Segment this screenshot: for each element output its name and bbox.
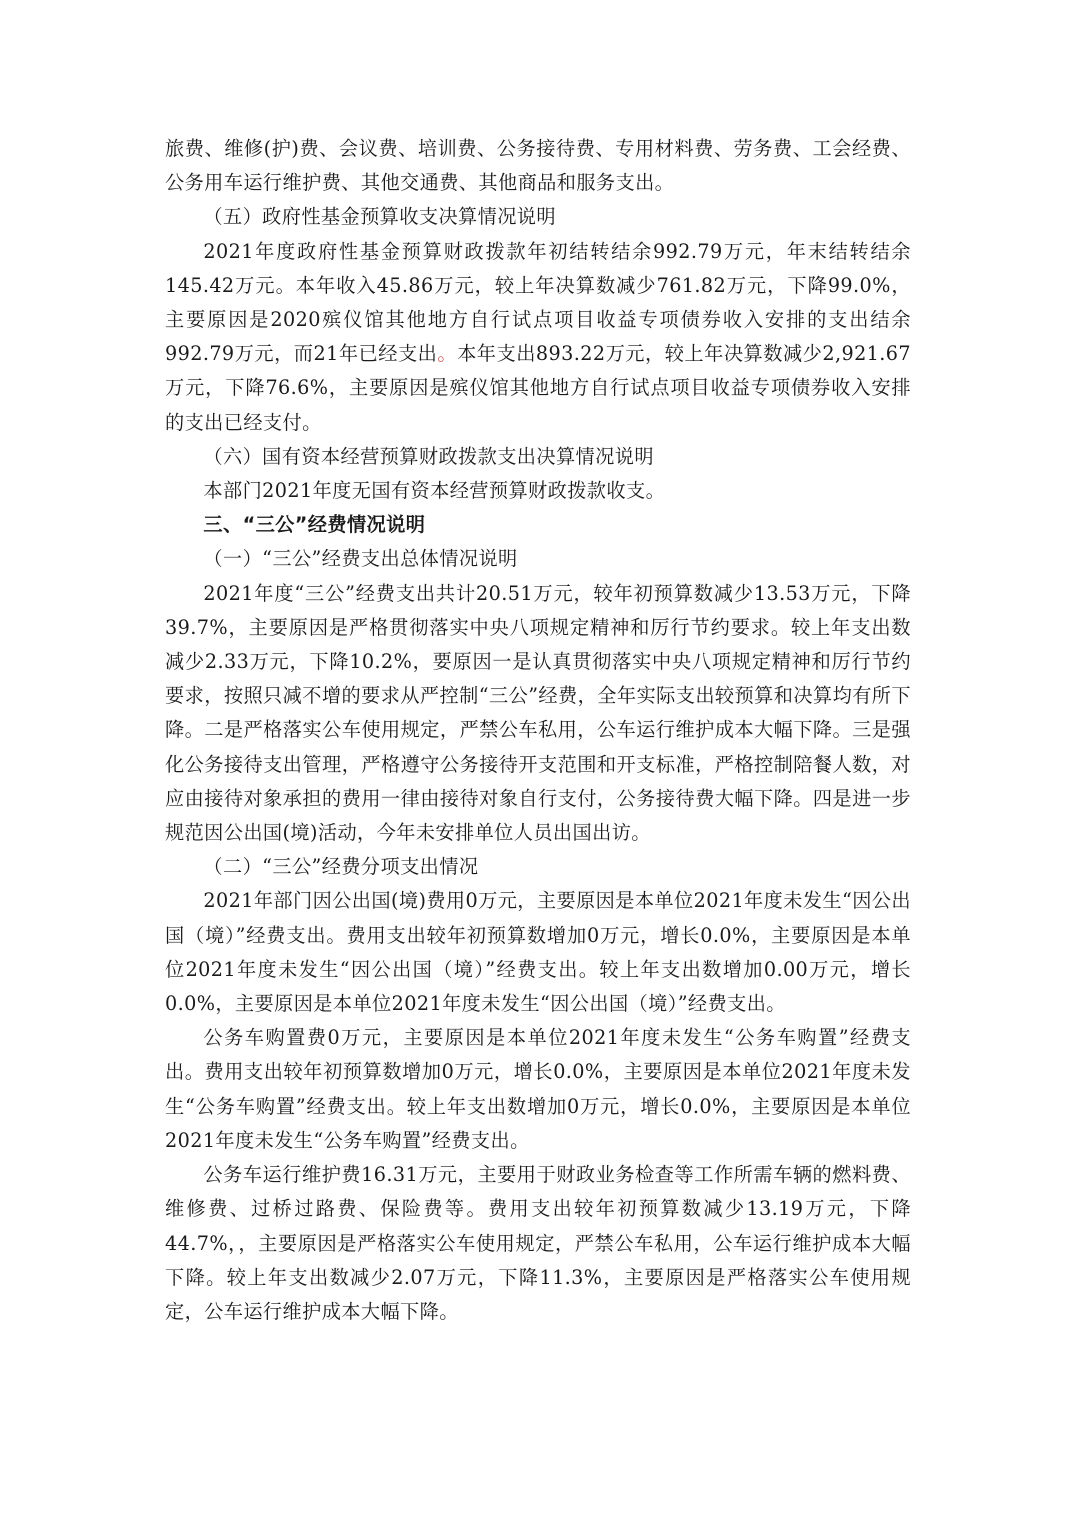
paragraph-expense-items: 旅费、维修(护)费、会议费、培训费、公务接待费、专用材料费、劳务费、工会经费、公… bbox=[165, 132, 911, 200]
heading-three-public-items: （二）“三公”经费分项支出情况 bbox=[165, 850, 911, 884]
heading-three-public-overall: （一）“三公”经费支出总体情况说明 bbox=[165, 542, 911, 576]
document-page: 旅费、维修(护)费、会议费、培训费、公务接待费、专用材料费、劳务费、工会经费、公… bbox=[165, 132, 911, 1329]
paragraph-state-capital: 本部门2021年度无国有资本经营预算财政拨款收支。 bbox=[165, 474, 911, 508]
paragraph-vehicle-maintenance: 公务车运行维护费16.31万元，主要用于财政业务检查等工作所需车辆的燃料费、维修… bbox=[165, 1158, 911, 1329]
heading-state-capital: （六）国有资本经营预算财政拨款支出决算情况说明 bbox=[165, 440, 911, 474]
heading-three-public: 三、“三公”经费情况说明 bbox=[165, 508, 911, 542]
paragraph-three-public-overall: 2021年度“三公”经费支出共计20.51万元，较年初预算数减少13.53万元，… bbox=[165, 577, 911, 851]
paragraph-overseas-travel: 2021年部门因公出国(境)费用0万元，主要原因是本单位2021年度未发生“因公… bbox=[165, 884, 911, 1021]
paragraph-government-fund: 2021年度政府性基金预算财政拨款年初结转结余992.79万元，年末结转结余14… bbox=[165, 235, 911, 440]
heading-government-fund: （五）政府性基金预算收支决算情况说明 bbox=[165, 200, 911, 234]
red-mark: 。 bbox=[437, 342, 457, 365]
paragraph-vehicle-purchase: 公务车购置费0万元，主要原因是本单位2021年度未发生“公务车购置”经费支出。费… bbox=[165, 1021, 911, 1158]
